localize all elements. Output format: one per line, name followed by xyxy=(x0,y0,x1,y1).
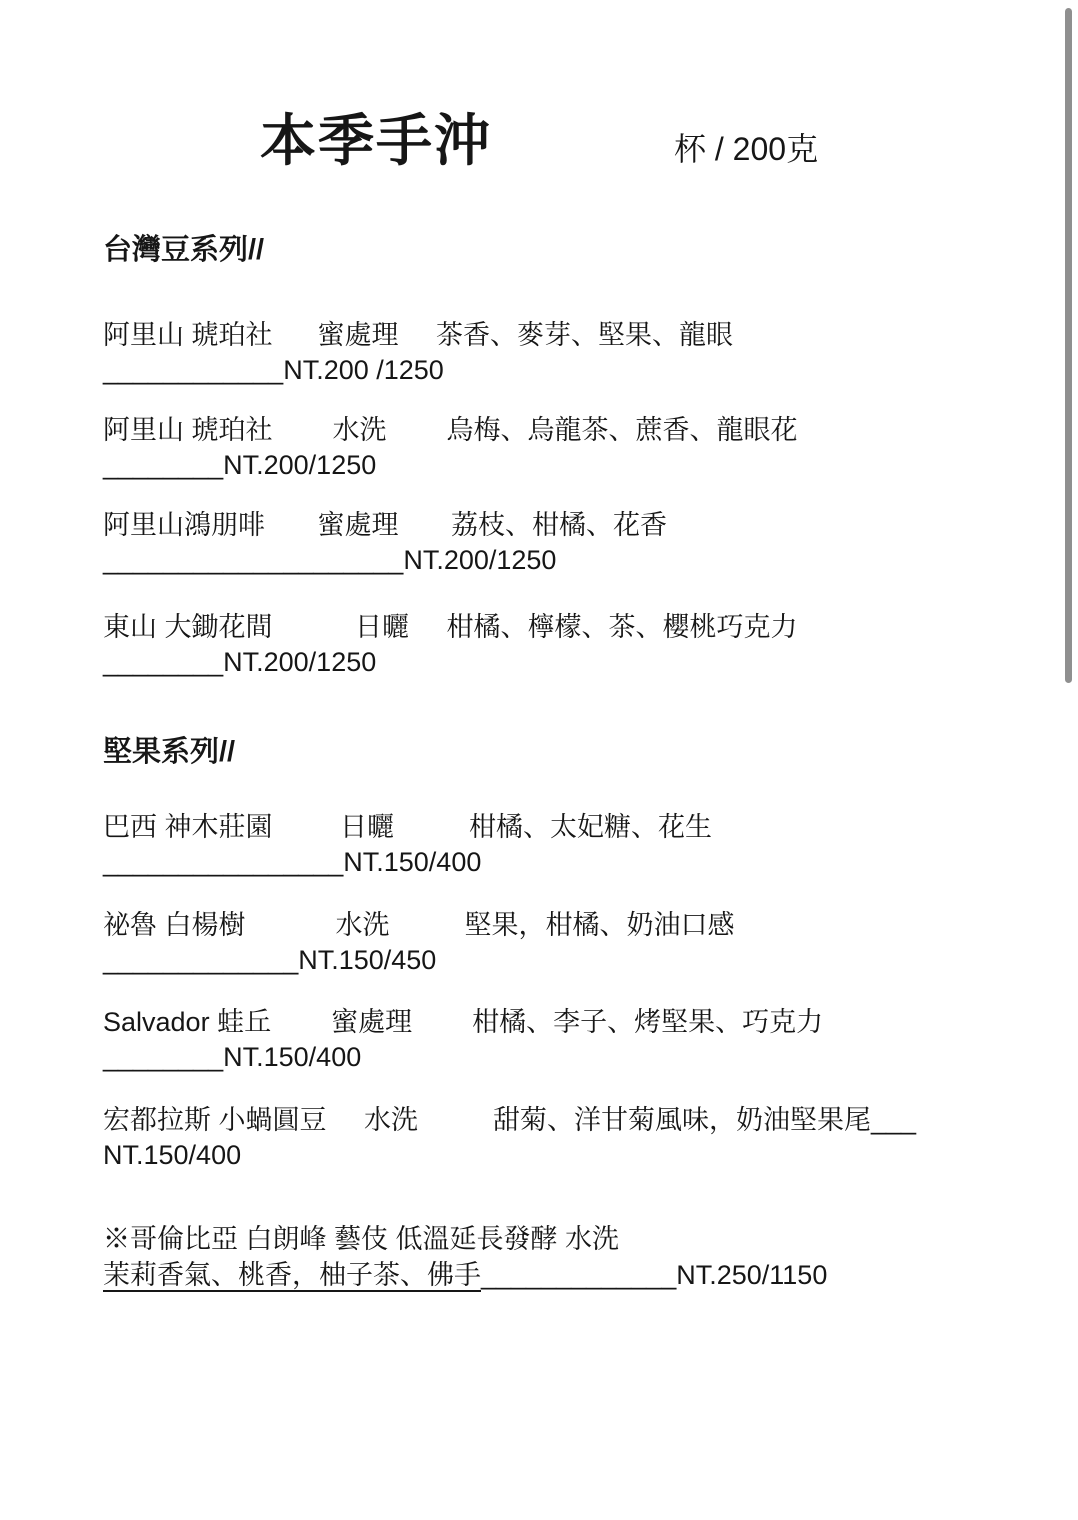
menu-item: 巴西 神木莊園 日曬 柑橘、太妃糖、花生 ________________NT.… xyxy=(103,810,1008,880)
menu-content: 本季手沖 杯 / 200克 台灣豆系列// 阿里山 琥珀社 蜜處理 茶香、麥芽、… xyxy=(0,0,1078,1293)
menu-item: 宏都拉斯 小蝸圓豆 水洗 甜菊、洋甘菊風味，奶油堅果尾___ NT.150/40… xyxy=(103,1103,1008,1173)
title-row: 本季手沖 杯 / 200克 xyxy=(103,112,1008,170)
menu-item: 東山 大鋤花間 日曬 柑橘、檸檬、茶、櫻桃巧克力 ________NT.200/… xyxy=(103,610,1008,680)
item-price-line: ____________________NT.200/1250 xyxy=(103,543,1008,578)
special-item: ※哥倫比亞 白朗峰 藝伎 低溫延長發酵 水洗 茉莉香氣、桃香，柚子茶、佛手___… xyxy=(103,1222,1008,1293)
item-description: 巴西 神木莊園 日曬 柑橘、太妃糖、花生 xyxy=(103,810,1008,845)
section-heading-nut: 堅果系列// xyxy=(103,735,1008,770)
item-description: Salvador 蛙丘 蜜處理 柑橘、李子、烤堅果、巧克力 xyxy=(103,1005,1008,1040)
item-description: 宏都拉斯 小蝸圓豆 水洗 甜菊、洋甘菊風味，奶油堅果尾___ xyxy=(103,1103,1008,1138)
item-price-line: ________NT.200/1250 xyxy=(103,448,1008,483)
item-description: 東山 大鋤花間 日曬 柑橘、檸檬、茶、櫻桃巧克力 xyxy=(103,610,1008,645)
item-price-line: NT.150/400 xyxy=(103,1138,1008,1173)
menu-item: 阿里山 琥珀社 蜜處理 茶香、麥芽、堅果、龍眼 ____________NT.2… xyxy=(103,318,1008,388)
item-description: 阿里山 琥珀社 水洗 烏梅、烏龍茶、蔗香、龍眼花 xyxy=(103,413,1008,448)
scrollbar-thumb[interactable] xyxy=(1065,8,1072,683)
special-flavors: 茉莉香氣、桃香，柚子茶、佛手 xyxy=(103,1260,481,1290)
price-unit-label: 杯 / 200克 xyxy=(674,124,818,170)
special-price: NT.250/1150 xyxy=(676,1260,827,1290)
item-price-line: ________NT.150/400 xyxy=(103,1040,1008,1075)
item-description: 阿里山 琥珀社 蜜處理 茶香、麥芽、堅果、龍眼 xyxy=(103,318,1008,353)
special-price-line: 茉莉香氣、桃香，柚子茶、佛手_____________NT.250/1150 xyxy=(103,1258,1008,1293)
menu-item: 阿里山 琥珀社 水洗 烏梅、烏龍茶、蔗香、龍眼花 ________NT.200/… xyxy=(103,413,1008,483)
menu-page: 本季手沖 杯 / 200克 台灣豆系列// 阿里山 琥珀社 蜜處理 茶香、麥芽、… xyxy=(0,0,1078,1520)
item-price-line: ________NT.200/1250 xyxy=(103,645,1008,680)
item-price-line: ____________NT.200 /1250 xyxy=(103,353,1008,388)
special-gap-underscores: _____________ xyxy=(481,1260,676,1290)
special-note-line: ※哥倫比亞 白朗峰 藝伎 低溫延長發酵 水洗 xyxy=(103,1222,1008,1257)
item-description: 祕魯 白楊樹 水洗 堅果，柑橘、奶油口感 xyxy=(103,908,1008,943)
menu-item: Salvador 蛙丘 蜜處理 柑橘、李子、烤堅果、巧克力 ________NT… xyxy=(103,1005,1008,1075)
item-price-line: ________________NT.150/400 xyxy=(103,845,1008,880)
item-price-line: _____________NT.150/450 xyxy=(103,943,1008,978)
menu-item: 阿里山鴻朋啡 蜜處理 荔枝、柑橘、花香 ____________________… xyxy=(103,508,1008,578)
section-heading-taiwan: 台灣豆系列// xyxy=(103,233,1008,268)
menu-item: 祕魯 白楊樹 水洗 堅果，柑橘、奶油口感 _____________NT.150… xyxy=(103,908,1008,978)
page-title: 本季手沖 xyxy=(260,112,492,170)
item-description: 阿里山鴻朋啡 蜜處理 荔枝、柑橘、花香 xyxy=(103,508,1008,543)
